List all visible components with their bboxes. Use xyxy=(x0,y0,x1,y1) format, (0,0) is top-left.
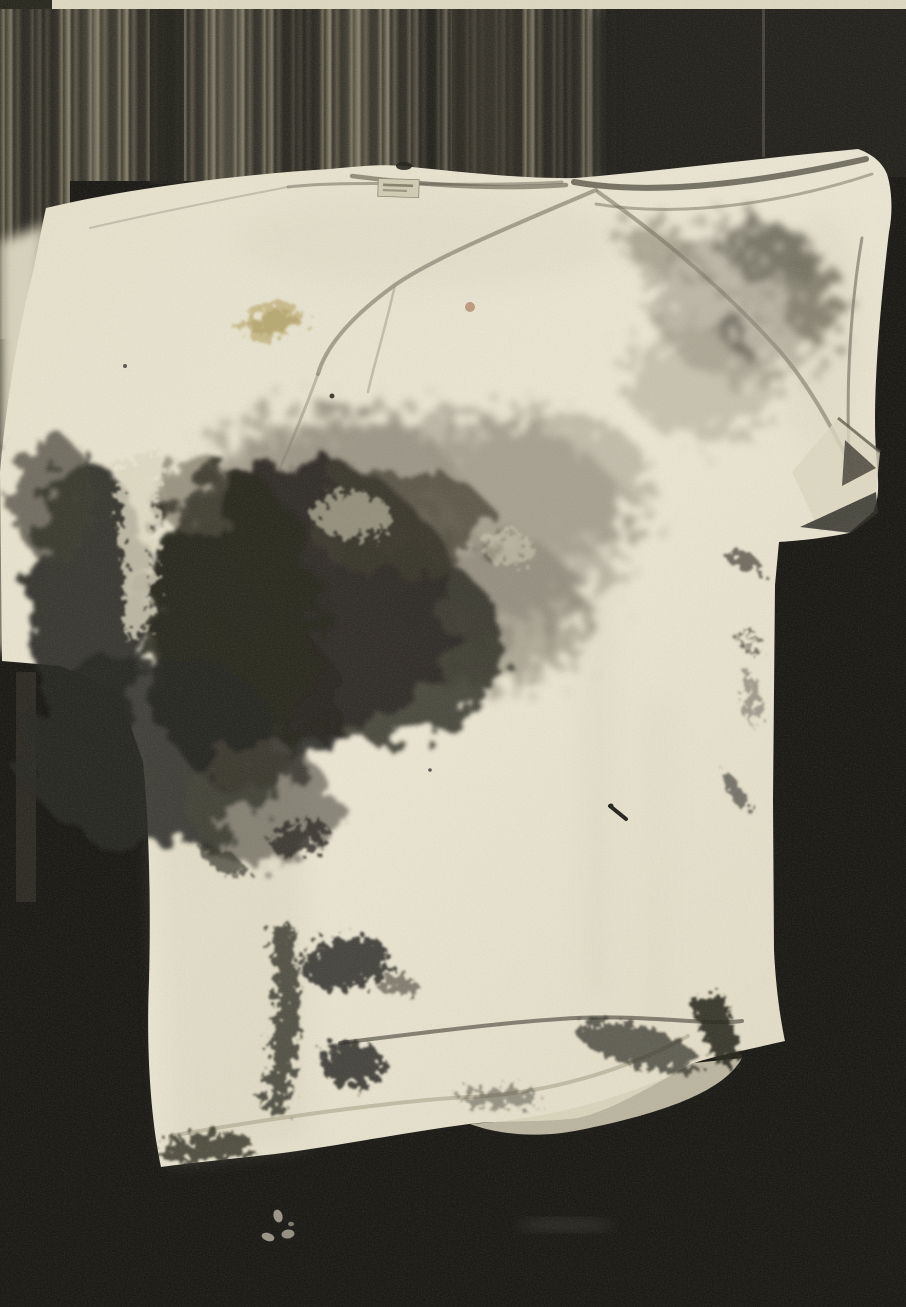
tshirt-photo-art xyxy=(0,0,906,1307)
evidence-photograph: A light-colored short-sleeved shirt hung… xyxy=(0,0,906,1307)
film-grain xyxy=(0,0,906,1307)
